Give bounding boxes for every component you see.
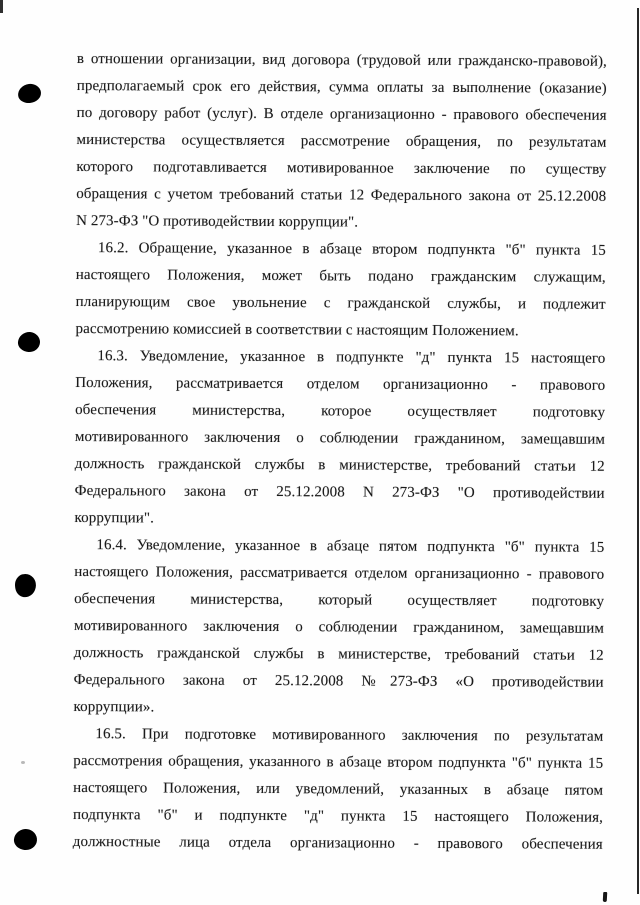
text-line: министерства осуществляется рассмотрение… <box>76 127 606 157</box>
paragraph-16-3: 16.3. Уведомление, указанное в подпункте… <box>74 343 605 535</box>
text-line: настоящего Положения, или уведомлений, у… <box>73 775 603 805</box>
scanned-document-page: в отношении организации, вид договора (т… <box>0 0 640 905</box>
text-line: настоящего Положения, рассматривается от… <box>74 559 604 589</box>
scan-speck <box>21 761 25 764</box>
text-line: Федерального закона от 25.12.2008 №273-Ф… <box>74 667 604 697</box>
paragraph-continuation: в отношении организации, вид договора (т… <box>76 46 607 238</box>
text-line: коррупции». <box>73 694 603 724</box>
text-line: Положения, рассматривается отделом орган… <box>75 370 605 400</box>
text-line: мотивированного заключения о соблюдении … <box>74 613 604 643</box>
text-line: подпункта "б" и подпункте "д" пункта 15 … <box>73 802 603 832</box>
text-line: 16.3. Уведомление, указанное в подпункте… <box>75 343 605 373</box>
document-text-block: в отношении организации, вид договора (т… <box>73 46 607 859</box>
text-line: 16.4. Уведомление, указанное в абзаце пя… <box>74 532 604 562</box>
scan-corner-dash <box>0 0 3 13</box>
text-line: рассмотрения обращения, указанного в абз… <box>73 748 603 778</box>
text-line: обеспечения министерства, который осущес… <box>74 586 604 616</box>
text-line: N 273-ФЗ "О противодействии коррупции". <box>76 208 606 238</box>
text-line: должность гражданской службы в министерс… <box>74 640 604 670</box>
text-line: должностные лица отдела организационно -… <box>73 829 603 859</box>
text-line: 16.5. При подготовке мотивированного зак… <box>73 721 603 751</box>
text-line: обеспечения министерства, которое осущес… <box>75 397 605 427</box>
text-line: в отношении организации, вид договора (т… <box>77 46 607 76</box>
text-line: 16.2. Обращение, указанное в абзаце втор… <box>76 235 606 265</box>
text-line: коррупции". <box>74 505 604 535</box>
hole-punch-blob-4 <box>13 828 38 851</box>
text-line: по договору работ (услуг). В отделе орга… <box>77 100 607 130</box>
text-line: планирующим свое увольнение с гражданско… <box>76 289 606 319</box>
text-line: Федерального закона от 25.12.2008 N 273-… <box>75 478 605 508</box>
hole-punch-blob-3 <box>13 572 38 598</box>
text-line: настоящего Положения, может быть подано … <box>76 262 606 292</box>
text-line: мотивированного заключения о соблюдении … <box>75 424 605 454</box>
ink-mark-bottom-right <box>603 892 608 902</box>
paragraph-16-2: 16.2. Обращение, указанное в абзаце втор… <box>75 235 606 346</box>
hole-punch-blob-1 <box>17 83 42 105</box>
text-line: должность гражданской службы в министерс… <box>75 451 605 481</box>
text-line: рассмотрению комиссией в соответствии с … <box>75 316 605 346</box>
paragraph-16-5: 16.5. При подготовке мотивированного зак… <box>73 721 604 859</box>
scan-edge-line <box>637 8 639 894</box>
text-line: предполагаемый срок его действия, сумма … <box>77 73 607 103</box>
text-line: которого подготавливается мотивированное… <box>76 154 606 184</box>
hole-punch-blob-2 <box>17 331 40 352</box>
text-line: обращения с учетом требований статьи 12 … <box>76 181 606 211</box>
paragraph-16-4: 16.4. Уведомление, указанное в абзаце пя… <box>73 532 604 724</box>
